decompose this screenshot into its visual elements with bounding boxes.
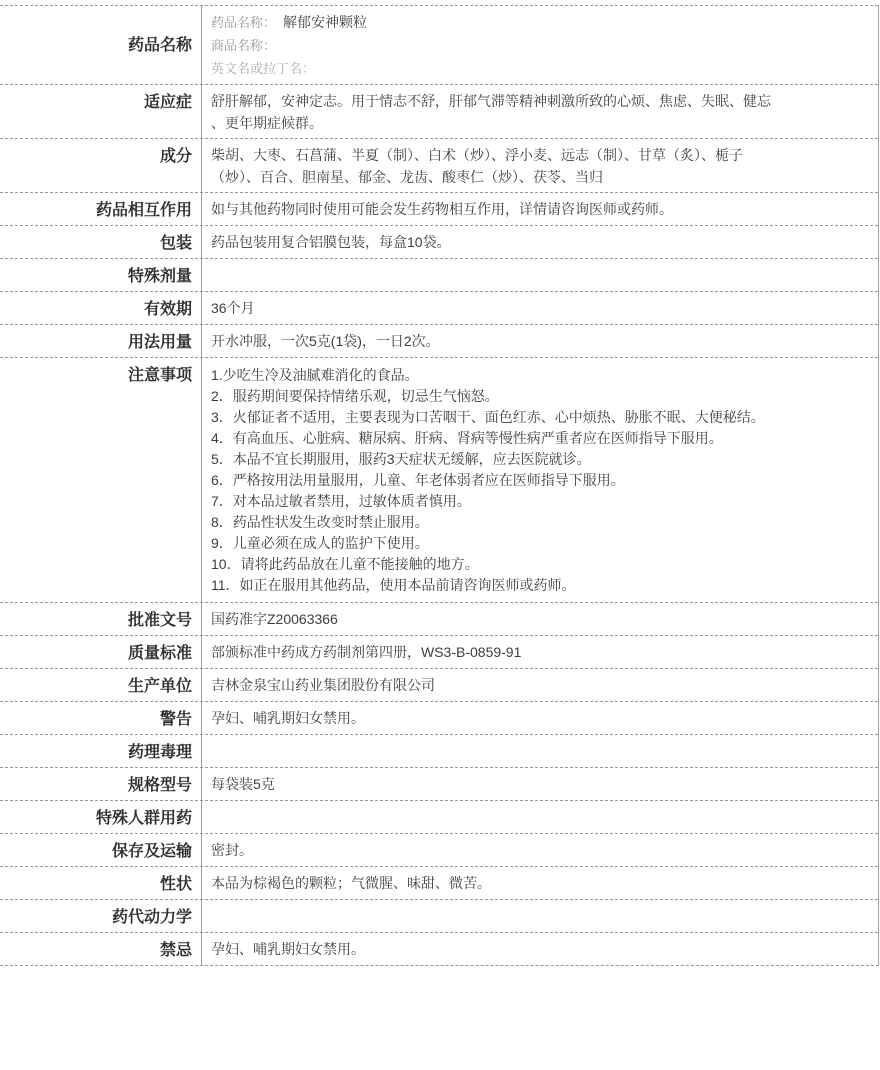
row-label: 注意事项 — [0, 358, 202, 602]
drug-info-page: 药品名称药品名称：解郁安神颗粒商品名称：英文名或拉丁名：适应症舒肝解郁，安神定志… — [0, 0, 880, 1070]
row-value: 药品名称：解郁安神颗粒商品名称：英文名或拉丁名： — [202, 6, 878, 84]
value-line: 每袋装5克 — [211, 773, 866, 795]
row-label: 生产单位 — [0, 669, 202, 701]
drug-name-value: 解郁安神颗粒 — [283, 14, 367, 30]
table-row: 药品名称药品名称：解郁安神颗粒商品名称：英文名或拉丁名： — [0, 5, 878, 84]
row-value — [202, 801, 878, 833]
row-value — [202, 259, 878, 291]
value-line: 本品为棕褐色的颗粒；气微腥、味甜、微苦。 — [211, 872, 866, 894]
value-line: 密封。 — [211, 839, 866, 861]
table-row: 包装药品包装用复合铝膜包装，每盒10袋。 — [0, 225, 878, 258]
row-value: 柴胡、大枣、石菖蒲、半夏（制）、白术（炒）、浮小麦、远志（制）、甘草（炙）、栀子… — [202, 139, 878, 192]
value-line: 柴胡、大枣、石菖蒲、半夏（制）、白术（炒）、浮小麦、远志（制）、甘草（炙）、栀子 — [211, 144, 866, 166]
row-label: 药品相互作用 — [0, 193, 202, 225]
value-line: （炒）、百合、胆南星、郁金、龙齿、酸枣仁（炒）、茯苓、当归 — [211, 166, 866, 188]
value-line: 国药准字Z20063366 — [211, 608, 866, 630]
row-label: 适应症 — [0, 85, 202, 138]
value-line: 孕妇、哺乳期妇女禁用。 — [211, 938, 866, 960]
row-label: 用法用量 — [0, 325, 202, 357]
value-line: 6．严格按用法用量服用，儿童、年老体弱者应在医师指导下服用。 — [211, 470, 866, 491]
row-value: 如与其他药物同时使用可能会发生药物相互作用，详情请咨询医师或药师。 — [202, 193, 878, 225]
value-line: 、更年期症候群。 — [211, 112, 866, 134]
row-value: 每袋装5克 — [202, 768, 878, 800]
value-line: 11．如正在服用其他药品，使用本品前请咨询医师或药师。 — [211, 575, 866, 596]
row-label: 药代动力学 — [0, 900, 202, 932]
row-value: 吉林金泉宝山药业集团股份有限公司 — [202, 669, 878, 701]
value-line: 3．火郁证者不适用，主要表现为口苦咽干、面色红赤、心中烦热、胁胀不眠、大便秘结。 — [211, 407, 866, 428]
row-label: 特殊人群用药 — [0, 801, 202, 833]
table-row: 注意事项1.少吃生冷及油腻难消化的食品。2．服药期间要保持情绪乐观，切忌生气恼怒… — [0, 357, 878, 602]
table-row: 禁忌孕妇、哺乳期妇女禁用。 — [0, 932, 878, 965]
value-line: 舒肝解郁，安神定志。用于情志不舒，肝郁气滞等精神刺激所致的心烦、焦虑、失眠、健忘 — [211, 90, 866, 112]
row-label: 规格型号 — [0, 768, 202, 800]
value-line: 8．药品性状发生改变时禁止服用。 — [211, 512, 866, 533]
row-label: 禁忌 — [0, 933, 202, 965]
value-line: 9．儿童必须在成人的监护下使用。 — [211, 533, 866, 554]
table-row: 警告孕妇、哺乳期妇女禁用。 — [0, 701, 878, 734]
row-label: 批准文号 — [0, 603, 202, 635]
table-row: 成分柴胡、大枣、石菖蒲、半夏（制）、白术（炒）、浮小麦、远志（制）、甘草（炙）、… — [0, 138, 878, 192]
field-label: 商品名称： — [211, 38, 276, 53]
table-row: 生产单位吉林金泉宝山药业集团股份有限公司 — [0, 668, 878, 701]
table-row: 特殊剂量 — [0, 258, 878, 291]
table-row: 性状本品为棕褐色的颗粒；气微腥、味甜、微苦。 — [0, 866, 878, 899]
row-value: 36个月 — [202, 292, 878, 324]
table-row: 药品相互作用如与其他药物同时使用可能会发生药物相互作用，详情请咨询医师或药师。 — [0, 192, 878, 225]
value-line: 36个月 — [211, 297, 866, 319]
table-row: 规格型号每袋装5克 — [0, 767, 878, 800]
row-label: 有效期 — [0, 292, 202, 324]
row-label: 成分 — [0, 139, 202, 192]
row-value: 本品为棕褐色的颗粒；气微腥、味甜、微苦。 — [202, 867, 878, 899]
row-value: 密封。 — [202, 834, 878, 866]
table-row: 批准文号国药准字Z20063366 — [0, 602, 878, 635]
field-label: 药品名称： — [211, 15, 276, 30]
value-line: 10．请将此药品放在儿童不能接触的地方。 — [211, 554, 866, 575]
row-value: 孕妇、哺乳期妇女禁用。 — [202, 702, 878, 734]
value-line: 如与其他药物同时使用可能会发生药物相互作用，详情请咨询医师或药师。 — [211, 198, 866, 220]
row-value: 舒肝解郁，安神定志。用于情志不舒，肝郁气滞等精神刺激所致的心烦、焦虑、失眠、健忘… — [202, 85, 878, 138]
row-value: 国药准字Z20063366 — [202, 603, 878, 635]
table-row: 有效期36个月 — [0, 291, 878, 324]
row-value: 孕妇、哺乳期妇女禁用。 — [202, 933, 878, 965]
value-line: 1.少吃生冷及油腻难消化的食品。 — [211, 365, 866, 386]
name-field-line: 英文名或拉丁名： — [211, 57, 866, 80]
value-line: 药品包装用复合铝膜包装，每盒10袋。 — [211, 231, 866, 253]
row-label: 包装 — [0, 226, 202, 258]
row-value — [202, 735, 878, 767]
value-line: 4．有高血压、心脏病、糖尿病、肝病、肾病等慢性病严重者应在医师指导下服用。 — [211, 428, 866, 449]
value-line: 7．对本品过敏者禁用，过敏体质者慎用。 — [211, 491, 866, 512]
row-label: 警告 — [0, 702, 202, 734]
value-line: 部颁标准中药成方药制剂第四册，WS3-B-0859-91 — [211, 641, 866, 663]
value-line: 孕妇、哺乳期妇女禁用。 — [211, 707, 866, 729]
row-value: 药品包装用复合铝膜包装，每盒10袋。 — [202, 226, 878, 258]
field-label: 英文名或拉丁名： — [211, 61, 315, 76]
table-row: 药理毒理 — [0, 734, 878, 767]
table-row: 特殊人群用药 — [0, 800, 878, 833]
row-label: 特殊剂量 — [0, 259, 202, 291]
value-line: 2．服药期间要保持情绪乐观，切忌生气恼怒。 — [211, 386, 866, 407]
row-value: 1.少吃生冷及油腻难消化的食品。2．服药期间要保持情绪乐观，切忌生气恼怒。3．火… — [202, 358, 878, 602]
row-label: 药品名称 — [0, 6, 202, 84]
value-line: 开水冲服，一次5克(1袋)，一日2次。 — [211, 330, 866, 352]
name-field-line: 商品名称： — [211, 34, 866, 57]
table-row: 质量标准部颁标准中药成方药制剂第四册，WS3-B-0859-91 — [0, 635, 878, 668]
table-row: 药代动力学 — [0, 899, 878, 932]
name-field-line: 药品名称：解郁安神颗粒 — [211, 11, 866, 34]
row-label: 质量标准 — [0, 636, 202, 668]
row-value: 开水冲服，一次5克(1袋)，一日2次。 — [202, 325, 878, 357]
table-row: 保存及运输密封。 — [0, 833, 878, 866]
drug-info-table: 药品名称药品名称：解郁安神颗粒商品名称：英文名或拉丁名：适应症舒肝解郁，安神定志… — [0, 5, 879, 966]
table-row: 适应症舒肝解郁，安神定志。用于情志不舒，肝郁气滞等精神刺激所致的心烦、焦虑、失眠… — [0, 84, 878, 138]
row-value: 部颁标准中药成方药制剂第四册，WS3-B-0859-91 — [202, 636, 878, 668]
row-label: 性状 — [0, 867, 202, 899]
row-value — [202, 900, 878, 932]
value-line: 吉林金泉宝山药业集团股份有限公司 — [211, 674, 866, 696]
table-row: 用法用量开水冲服，一次5克(1袋)，一日2次。 — [0, 324, 878, 357]
row-label: 保存及运输 — [0, 834, 202, 866]
row-label: 药理毒理 — [0, 735, 202, 767]
value-line: 5．本品不宜长期服用，服药3天症状无缓解，应去医院就诊。 — [211, 449, 866, 470]
